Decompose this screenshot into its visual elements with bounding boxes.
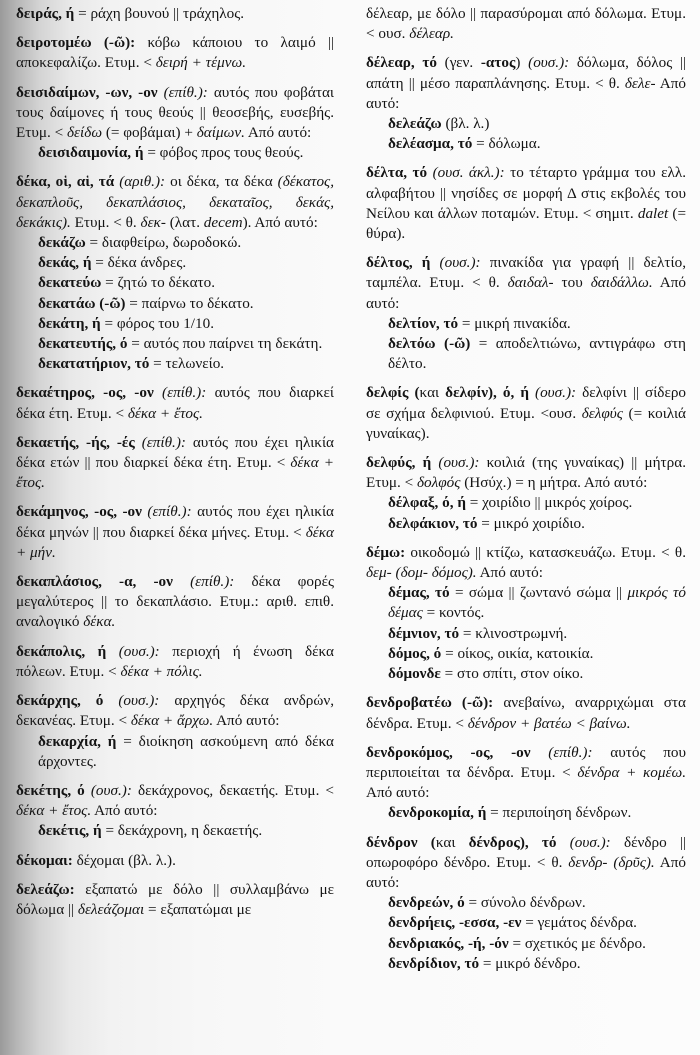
entry-definition: δεκαετής, -ής, -ές (επίθ.): αυτός που έχ… [16, 433, 334, 494]
definition-text: = αυτός που παίρνει τη δεκάτη. [127, 335, 322, 352]
entry-definition: δεισιδαίμων, -ων, -ον (επίθ.): αυτός που… [16, 83, 334, 144]
derivative-headword: δενδριακός, -ή, -όν [388, 935, 509, 952]
dictionary-entry-delfis: δελφίς (και δελφίν), ό, ή (ουσ.): δελφίν… [366, 383, 686, 444]
derivative-entry: δεκέτις, ή = δεκάχρονη, η δεκαετής. [16, 821, 334, 841]
definition-text: = ράχη βουνού || τράχηλος. [74, 5, 244, 22]
italic-text: (επίθ.): [164, 84, 208, 101]
dictionary-page: δειράς, ή = ράχη βουνού || τράχηλος.δειρ… [0, 0, 700, 1055]
entry-definition: δεκάμηνος, -ος, -ον (επίθ.): αυτός που έ… [16, 502, 334, 563]
derivative-headword: δενδρεών, ό [388, 894, 465, 911]
definition-text: Από αυτό: [366, 784, 429, 801]
headword: δελεάζω: [16, 881, 75, 898]
italic-text: (ουσ.): [440, 254, 481, 271]
derivative-headword: δεκατατήριον, τό [38, 355, 149, 372]
dictionary-entry-deiras: δειράς, ή = ράχη βουνού || τράχηλος. [16, 4, 334, 24]
headword: δέλτα, τό [366, 164, 433, 181]
italic-text: (ουσ.): [91, 782, 132, 799]
headword: δενδροκόμος, -ος, -ον [366, 744, 548, 761]
entry-definition: δειροτομέω (-ῶ): κόβω κάποιου το λαιμό |… [16, 33, 334, 73]
definition-text: = παίρνω το δέκατο. [126, 295, 254, 312]
entry-definition: δεκάρχης, ό (ουσ.): αρχηγός δέκα ανδρών,… [16, 691, 334, 731]
derivative-entry: δεκατατήριον, τό = τελωνείο. [16, 354, 334, 374]
derivative-headword: δόμονδε [388, 665, 441, 682]
derivative-headword: δέλφαξ, ό, ή [388, 494, 466, 511]
italic-text: (ουσ. άκλ.): [433, 164, 505, 181]
derivative-entry: δενδρήεις, -εσσα, -εν = γεμάτος δένδρα. [366, 913, 686, 933]
dictionary-entry-dekaplasios: δεκαπλάσιος, -α, -ον (επίθ.): δέκα φορές… [16, 572, 334, 633]
headword: δεκάπολις, ή [16, 643, 119, 660]
definition-text: = κοντός. [423, 604, 484, 621]
derivative-entry: δέμας, τό = σώμα || ζωντανό σώμα || μικρ… [366, 583, 686, 623]
right-column: δέλεαρ, με δόλο || παρασύρομαι από δόλωμ… [366, 4, 686, 983]
definition-text: και [420, 384, 440, 401]
derivative-headword: δόμος, ό [388, 645, 441, 662]
dictionary-entry-deisidaimon: δεισιδαίμων, -ων, -ον (επίθ.): αυτός που… [16, 83, 334, 164]
dictionary-entry-dendrokomos: δενδροκόμος, -ος, -ον (επίθ.): αυτός που… [366, 743, 686, 824]
entry-definition: δεκέτης, ό (ουσ.): δεκάχρονος, δεκαετής.… [16, 781, 334, 821]
derivative-entry: δελεάζω (βλ. λ.) [366, 114, 686, 134]
italic-text: δέκα. [83, 613, 115, 630]
entry-definition: δέκομαι: δέχομαι (βλ. λ.). [16, 851, 334, 871]
derivative-entry: δενδρεών, ό = σύνολο δένδρων. [366, 893, 686, 913]
definition-text: δεκάχρονος, δεκαετής. Ετυμ. < [132, 782, 334, 799]
definition-text: = γεμάτος δένδρα. [521, 914, 637, 931]
derivative-entry: δενδρίδιον, τό = μικρό δένδρο. [366, 954, 686, 974]
headword: δέμω: [366, 544, 405, 561]
derivative-entry: δεκάζω = διαφθείρω, δωροδοκώ. [16, 233, 334, 253]
entry-definition: δειράς, ή = ράχη βουνού || τράχηλος. [16, 4, 334, 24]
definition-text: = τελωνείο. [149, 355, 224, 372]
definition-text: = διαφθείρω, δωροδοκώ. [86, 234, 241, 251]
italic-text: δέκα + ἄρχω. [131, 712, 213, 729]
headword: δεκαέτηρος, -ος, -ον [16, 384, 162, 401]
dictionary-entry-deleazo: δελεάζω: εξαπατώ με δόλο || συλλαμβάνω μ… [16, 880, 334, 920]
dictionary-entry-dekomai: δέκομαι: δέχομαι (βλ. λ.). [16, 851, 334, 871]
entry-definition: δεκαέτηρος, -ος, -ον (επίθ.): αυτός που … [16, 383, 334, 423]
dictionary-entry-demo: δέμω: οικοδομώ || κτίζω, κατασκευάζω. Ετ… [366, 543, 686, 684]
dictionary-entry-delear: δέλεαρ, τό (γεν. -ατος) (ουσ.): δόλωμα, … [366, 53, 686, 154]
derivative-entry: δέλφαξ, ό, ή = χοιρίδιο || μικρός χοίρος… [366, 493, 686, 513]
derivative-headword: δελτίον, τό [388, 315, 458, 332]
derivative-headword: δενδρήεις, -εσσα, -εν [388, 914, 521, 931]
italic-text: δείδω [67, 124, 102, 141]
italic-text: δαιδαλ- [508, 274, 554, 291]
definition-text: Από αυτό: [477, 564, 543, 581]
derivative-entry: δελτόω (-ῶ) = αποδελτιώνω, αντιγράφω στη… [366, 334, 686, 374]
derivative-entry: δεισιδαιμονία, ή = φόβος προς τους θεούς… [16, 143, 334, 163]
derivative-entry: δελέασμα, τό = δόλωμα. [366, 134, 686, 154]
italic-text: (ουσ.): [570, 834, 611, 851]
definition-text: = σύνολο δένδρων. [465, 894, 586, 911]
definition-text: = χοιρίδιο || μικρός χοίρος. [466, 494, 632, 511]
derivative-headword: δεκάζω [38, 234, 86, 251]
italic-text: (ουσ.): [438, 454, 479, 471]
headword: δελφίν), ό, ή [439, 384, 535, 401]
derivative-entry: δέμνιον, τό = κλινοστρωμνή. [366, 624, 686, 644]
definition-text: = μικρό χοιρίδιο. [478, 515, 585, 532]
italic-text: δέκα + ἔτος. [128, 405, 203, 422]
definition-text: οικοδομώ || κτίζω, κατασκευάζω. Ετυμ. < … [405, 544, 686, 561]
italic-text: (επίθ.): [147, 503, 191, 520]
definition-text: του [554, 274, 591, 291]
headword: δεκάρχης, ό [16, 692, 118, 709]
italic-text: δαιδάλλω. [591, 274, 653, 291]
italic-text: dalet [638, 205, 668, 222]
entry-definition: δένδρον (και δένδρος), τό (ουσ.): δένδρο… [366, 833, 686, 894]
entry-definition: δέμω: οικοδομώ || κτίζω, κατασκευάζω. Ετ… [366, 543, 686, 583]
definition-text: = κλινοστρωμνή. [459, 625, 567, 642]
definition-text: Από αυτό: [91, 802, 157, 819]
definition-text: (βλ. λ.) [442, 115, 490, 132]
dictionary-entry-deketis: δεκέτης, ό (ουσ.): δεκάχρονος, δεκαετής.… [16, 781, 334, 842]
headword: δεκαπλάσιος, -α, -ον [16, 573, 190, 590]
derivative-headword: δεκατεύω [38, 274, 101, 291]
dictionary-entry-dekapolis: δεκάπολις, ή (ουσ.): περιοχή ή ένωση δέκ… [16, 642, 334, 682]
derivative-entry: δενδριακός, -ή, -όν = σχετικός με δένδρο… [366, 934, 686, 954]
entry-definition: δενδροβατέω (-ῶ): ανεβαίνω, αναρριχώμαι … [366, 693, 686, 733]
derivative-entry: δόμος, ό = οίκος, οικία, κατοικία. [366, 644, 686, 664]
derivative-entry: δελτίον, τό = μικρή πινακίδα. [366, 314, 686, 334]
italic-text: (επίθ.): [142, 434, 186, 451]
italic-text: (ουσ.): [119, 643, 160, 660]
definition-text: (Ησύχ.) = η μήτρα. Από αυτό: [460, 474, 647, 491]
entry-definition: δέλεαρ, με δόλο || παρασύρομαι από δόλωμ… [366, 4, 686, 44]
definition-text: = φόρος του 1/10. [101, 315, 214, 332]
derivative-headword: δελέασμα, τό [388, 135, 472, 152]
italic-text: δεμ- (δομ- δόμος). [366, 564, 477, 581]
definition-text: = μικρή πινακίδα. [458, 315, 571, 332]
headword: δέκα, οἱ, αἱ, τά [16, 173, 119, 190]
italic-text: δελε- [625, 75, 656, 92]
entry-definition: δελφύς, ή (ουσ.): κοιλιά (της γυναίκας) … [366, 453, 686, 493]
derivative-headword: δέμνιον, τό [388, 625, 459, 642]
italic-text: δενδρ- (δρῦς). [568, 854, 654, 871]
definition-text: και [436, 834, 456, 851]
definition-text: = δόλωμα. [472, 135, 540, 152]
derivative-headword: δελεάζω [388, 115, 442, 132]
italic-text: δαίμων. [197, 124, 245, 141]
definition-text: δέχομαι (βλ. λ.). [73, 852, 176, 869]
headword: δένδρος), τό [455, 834, 569, 851]
entry-definition: δελεάζω: εξαπατώ με δόλο || συλλαμβάνω μ… [16, 880, 334, 920]
headword: δελφίς ( [366, 384, 420, 401]
headword: δεισιδαίμων, -ων, -ον [16, 84, 164, 101]
italic-text: δεκ- [141, 214, 166, 231]
definition-text: = φόβος προς τους θεούς. [144, 144, 304, 161]
dictionary-entry-delta: δέλτα, τό (ουσ. άκλ.): το τέταρτο γράμμα… [366, 163, 686, 244]
dictionary-entry-dekaetiros: δεκαέτηρος, -ος, -ον (επίθ.): αυτός που … [16, 383, 334, 423]
derivative-entry: δεκάς, ή = δέκα άνδρες. [16, 253, 334, 273]
entry-definition: δέλεαρ, τό (γεν. -ατος) (ουσ.): δόλωμα, … [366, 53, 686, 114]
derivative-entry: δόμονδε = στο σπίτι, στον οίκο. [366, 664, 686, 684]
headword: -ατος [481, 54, 516, 71]
derivative-entry: δεκάτη, ή = φόρος του 1/10. [16, 314, 334, 334]
definition-text: = δέκα άνδρες. [91, 254, 186, 271]
derivative-headword: δέμας, τό [388, 584, 450, 601]
entry-definition: δεκάπολις, ή (ουσ.): περιοχή ή ένωση δέκ… [16, 642, 334, 682]
derivative-headword: δεκάτη, ή [38, 315, 101, 332]
derivative-entry: δεκατευτής, ό = αυτός που παίρνει τη δεκ… [16, 334, 334, 354]
headword: δελφύς, ή [366, 454, 438, 471]
entry-definition: δέλτα, τό (ουσ. άκλ.): το τέταρτο γράμμα… [366, 163, 686, 244]
derivative-entry: δεκαρχία, ή = διοίκηση ασκούμενη από δέκ… [16, 732, 334, 772]
definition-text: ) [515, 54, 528, 71]
definition-text: (γεν. [445, 54, 481, 71]
entry-definition: δέκα, οἱ, αἱ, τά (αριθ.): οι δέκα, τα δέ… [16, 172, 334, 233]
headword: δειράς, ή [16, 5, 74, 22]
italic-text: decem [204, 214, 243, 231]
definition-text: (λατ. [166, 214, 204, 231]
definition-text: (= φοβάμαι) + [102, 124, 197, 141]
italic-text: (ουσ.): [528, 54, 569, 71]
definition-text: Από αυτό: [245, 124, 311, 141]
dictionary-entry-dendron: δένδρον (και δένδρος), τό (ουσ.): δένδρο… [366, 833, 686, 974]
italic-text: δελφύς [582, 405, 623, 422]
derivative-headword: δεκαρχία, ή [38, 733, 116, 750]
definition-text: οι δέκα, τα δέκα [165, 173, 278, 190]
derivative-headword: δεκάς, ή [38, 254, 91, 271]
derivative-headword: δελτόω (-ῶ) [388, 335, 470, 352]
dictionary-entry-deleazo_cont: δέλεαρ, με δόλο || παρασύρομαι από δόλωμ… [366, 4, 686, 44]
definition-text: = μικρό δένδρο. [479, 955, 581, 972]
derivative-headword: δενδρίδιον, τό [388, 955, 479, 972]
definition-text: = οίκος, οικία, κατοικία. [441, 645, 593, 662]
italic-text: δολφός [417, 474, 460, 491]
definition-text: ). Από αυτό: [243, 214, 318, 231]
dictionary-entry-dendrovateo: δενδροβατέω (-ῶ): ανεβαίνω, αναρριχώμαι … [366, 693, 686, 733]
entry-definition: δέλτος, ή (ουσ.): πινακίδα για γραφή || … [366, 253, 686, 314]
left-column: δειράς, ή = ράχη βουνού || τράχηλος.δειρ… [16, 4, 334, 929]
dictionary-entry-delfys: δελφύς, ή (ουσ.): κοιλιά (της γυναίκας) … [366, 453, 686, 534]
italic-text: δειρή + τέμνω. [156, 54, 246, 71]
definition-text: Ετυμ. < θ. [71, 214, 141, 231]
headword: δειροτομέω (-ῶ): [16, 34, 135, 51]
derivative-entry: δεκατάω (-ῶ) = παίρνω το δέκατο. [16, 294, 334, 314]
italic-text: δέκα + πόλις. [120, 663, 202, 680]
headword: δένδρον ( [366, 834, 436, 851]
definition-text: = ζητώ το δέκατο. [101, 274, 215, 291]
entry-definition: δελφίς (και δελφίν), ό, ή (ουσ.): δελφίν… [366, 383, 686, 444]
derivative-headword: δελφάκιον, τό [388, 515, 478, 532]
headword: δεκάμηνος, -ος, -ον [16, 503, 147, 520]
derivative-entry: δενδροκομία, ή = περιποίηση δένδρων. [366, 803, 686, 823]
italic-text: δέκα + ἔτος. [16, 802, 91, 819]
definition-text: = σχετικός με δένδρο. [509, 935, 646, 952]
italic-text: δελεάζομαι [78, 901, 144, 918]
italic-text: (επίθ.): [162, 384, 206, 401]
italic-text: (αριθ.): [119, 173, 165, 190]
italic-text: δένδρον + βατέω < βαίνω. [468, 715, 631, 732]
italic-text: (ουσ.): [118, 692, 159, 709]
definition-text: = σώμα || ζωντανό σώμα || [450, 584, 628, 601]
headword: δενδροβατέω (-ῶ): [366, 694, 493, 711]
headword: δέλεαρ, τό [366, 54, 445, 71]
definition-text: = περιποίηση δένδρων. [486, 804, 631, 821]
definition-text: = στο σπίτι, στον οίκο. [441, 665, 584, 682]
entry-definition: δενδροκόμος, -ος, -ον (επίθ.): αυτός που… [366, 743, 686, 804]
dictionary-entry-deirotomeo: δειροτομέω (-ῶ): κόβω κάποιου το λαιμό |… [16, 33, 334, 73]
entry-definition: δεκαπλάσιος, -α, -ον (επίθ.): δέκα φορές… [16, 572, 334, 633]
definition-text: = δεκάχρονη, η δεκαετής. [102, 822, 262, 839]
dictionary-entry-deltos: δέλτος, ή (ουσ.): πινακίδα για γραφή || … [366, 253, 686, 374]
dictionary-entry-dekaetis: δεκαετής, -ής, -ές (επίθ.): αυτός που έχ… [16, 433, 334, 494]
italic-text: (επίθ.): [548, 744, 592, 761]
headword: δέλτος, ή [366, 254, 440, 271]
dictionary-entry-deka: δέκα, οἱ, αἱ, τά (αριθ.): οι δέκα, τα δέ… [16, 172, 334, 374]
italic-text: (επίθ.): [190, 573, 234, 590]
italic-text: δένδρα + κομέω. [577, 764, 686, 781]
derivative-headword: δεκατάω (-ῶ) [38, 295, 126, 312]
dictionary-entry-dekaminos: δεκάμηνος, -ος, -ον (επίθ.): αυτός που έ… [16, 502, 334, 563]
headword: δέκομαι: [16, 852, 73, 869]
derivative-entry: δελφάκιον, τό = μικρό χοιρίδιο. [366, 514, 686, 534]
headword: δεκέτης, ό [16, 782, 91, 799]
italic-text: δέλεαρ. [409, 25, 454, 42]
definition-text: Από αυτό: [213, 712, 279, 729]
italic-text: (ουσ.): [535, 384, 576, 401]
derivative-headword: δενδροκομία, ή [388, 804, 486, 821]
derivative-headword: δεκέτις, ή [38, 822, 102, 839]
headword: δεκαετής, -ής, -ές [16, 434, 142, 451]
dictionary-entry-dekarchis: δεκάρχης, ό (ουσ.): αρχηγός δέκα ανδρών,… [16, 691, 334, 772]
derivative-entry: δεκατεύω = ζητώ το δέκατο. [16, 273, 334, 293]
derivative-headword: δεκατευτής, ό [38, 335, 127, 352]
derivative-headword: δεισιδαιμονία, ή [38, 144, 144, 161]
definition-text: = εξαπατώμαι με [144, 901, 251, 918]
